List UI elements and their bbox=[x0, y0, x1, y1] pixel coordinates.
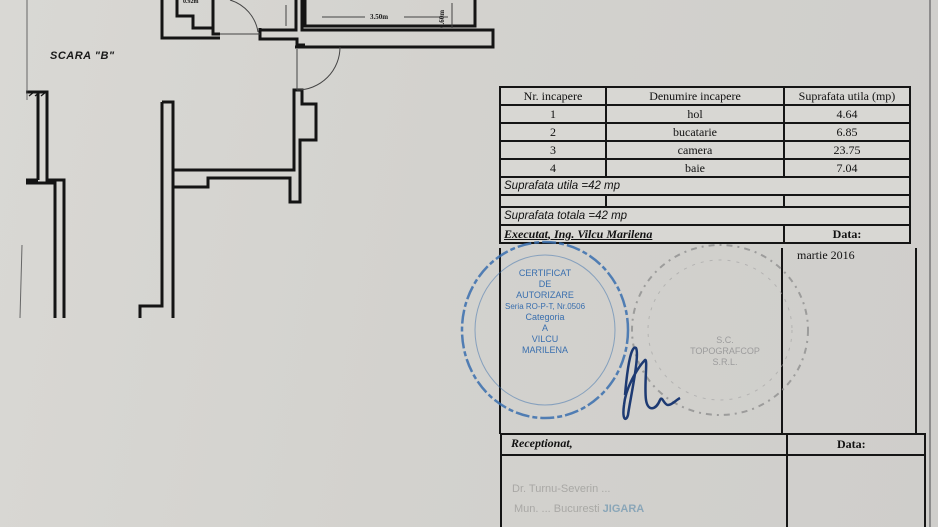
company-stamp-icon bbox=[632, 245, 808, 415]
stamp-left-text: CERTIFICAT DE AUTORIZARE Seria RO-P-T, N… bbox=[490, 268, 600, 356]
faded-stamp-line-1: Dr. Turnu-Severin ... bbox=[512, 483, 610, 495]
received-by-label: Receptionat, bbox=[511, 436, 573, 451]
stamp-right-text: S.C. TOPOGRAFCOP S.R.L. bbox=[680, 335, 770, 368]
faded-stamp-line-2: Mun. ... Bucuresti JIGARA bbox=[514, 503, 644, 515]
reception-section: Receptionat, Data: Dr. Turnu-Severin ...… bbox=[500, 433, 926, 527]
reception-date-label: Data: bbox=[837, 437, 866, 452]
signature-icon bbox=[623, 348, 680, 419]
